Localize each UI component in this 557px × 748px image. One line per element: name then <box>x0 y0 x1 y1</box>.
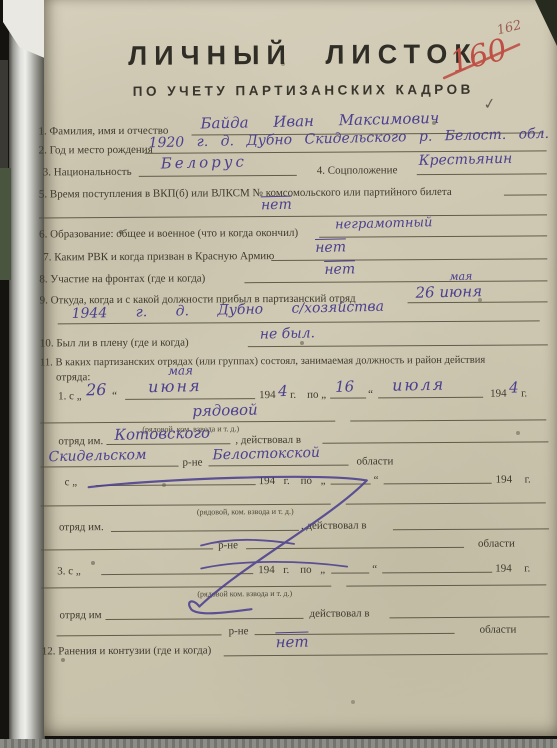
row3-year-printed: 194 <box>258 564 275 576</box>
blank-line <box>382 572 492 574</box>
blank-line <box>96 484 256 486</box>
field-12-label: 12. Ранения и контузии (где и когда) <box>42 644 212 657</box>
blank-line <box>57 634 222 636</box>
row1-year-hw-digit: 4 <box>278 382 288 400</box>
field-3-label: 3. Национальность <box>43 166 132 179</box>
row1-month-correction: мая <box>168 363 193 378</box>
row2-rne-label: р-не <box>218 539 238 551</box>
form-title: ЛИЧНЫЙ ЛИСТОК <box>103 39 503 72</box>
row1-position: рядовой <box>192 401 258 421</box>
row3-rne-label: р-не <box>229 625 249 637</box>
blank-line <box>125 398 255 400</box>
row3-otryad-label: отряд им <box>59 609 101 621</box>
blank-line <box>105 618 303 620</box>
row1-from-prefix: 1. с „ <box>58 390 82 402</box>
row1-year-printed: 194 <box>259 389 276 401</box>
row1-quote: “ <box>112 390 117 402</box>
blank-line <box>41 466 179 468</box>
blank-line <box>346 584 546 586</box>
blank-line <box>504 194 547 195</box>
blank-line <box>271 258 547 261</box>
field-3-value: Белорус <box>161 152 248 172</box>
row1-otryad-name: Котовского <box>114 424 210 444</box>
row3-g: г. <box>283 564 289 576</box>
blank-line <box>209 465 349 467</box>
field-9-month-correction: мая <box>449 270 472 284</box>
field-8-value: нет <box>324 261 355 278</box>
blank-line <box>330 397 366 398</box>
row1-rne-label: р-не <box>183 456 203 468</box>
row2-po: по <box>301 475 312 487</box>
pencil-checkmark: ✓ <box>482 94 497 114</box>
field-10-value: не был. <box>260 325 316 342</box>
blank-line <box>101 573 253 575</box>
blank-line <box>41 548 213 550</box>
field-12-value: нет <box>275 633 308 652</box>
blank-line <box>111 530 299 532</box>
form-subtitle: ПО УЧЕТУ ПАРТИЗАНСКИХ КАДРОВ <box>103 82 503 99</box>
field-9-value-line1: 26 июня <box>415 282 482 302</box>
blank-line <box>39 214 547 218</box>
row1-acted-label: , действовал в <box>235 434 301 446</box>
row2-g: г. <box>284 475 290 487</box>
field-4-label: 4. Соцположение <box>317 164 398 176</box>
blank-line <box>346 502 546 504</box>
row2-year-printed: 194 <box>259 475 276 487</box>
row3-quote-open: „ <box>320 564 325 576</box>
field-8-label: 8. Участие на фронтах (где и когда) <box>39 272 205 285</box>
row2-year2-printed: 194 <box>496 474 513 486</box>
scanned-archival-form: { "page": { "corner_number": "162", "cro… <box>0 0 557 748</box>
blank-line <box>246 547 464 549</box>
row1-year2-hw-digit: 4 <box>509 378 519 396</box>
row1-oblast: Белостокской <box>212 445 320 464</box>
row3-position-hint: (рядовой ком. взвода и т. д.) <box>197 589 292 599</box>
blank-line <box>58 320 540 324</box>
blank-line <box>393 528 549 530</box>
row3-oblast-label: области <box>480 624 517 636</box>
row3-from-prefix: 3. с „ <box>57 565 81 577</box>
row3-quote-close: “ <box>372 563 377 575</box>
field-2-label: 2. Год и место рождения <box>39 144 153 157</box>
row1-quote2: “ <box>368 388 373 400</box>
crossout-bottom-hook <box>189 601 251 613</box>
blank-line <box>378 397 483 399</box>
flourish-district-2 <box>201 540 294 546</box>
row2-g2: г. <box>525 473 531 485</box>
row1-g: г. <box>290 389 296 401</box>
row2-quote-close: “ <box>374 474 379 486</box>
row1-month-to: июля <box>392 375 446 395</box>
blank-line <box>417 173 547 175</box>
row3-g2: г. <box>524 562 530 574</box>
row2-quote-open: „ <box>321 475 326 487</box>
row3-year2-printed: 194 <box>495 563 512 575</box>
blank-line <box>40 421 335 424</box>
row1-month-from: июня <box>148 376 202 396</box>
field-4-value: Крестьянин <box>419 151 513 169</box>
row2-from-prefix: с „ <box>65 476 78 488</box>
blank-line <box>322 441 548 443</box>
row1-day-to: 16 <box>335 377 355 395</box>
row2-position-hint: (рядовой, ком. взвода и т. д.) <box>197 507 294 517</box>
row2-otryad-label: отряд им. <box>59 521 104 533</box>
field-10-label: 10. Был ли в плену (где и когда) <box>40 337 189 350</box>
blank-line <box>244 280 547 283</box>
field-11-label: 11. В каких партизанских отрядах (или гр… <box>40 355 485 369</box>
row1-district: Скидельском <box>48 447 146 465</box>
field-6-label: 6. Образование: общее и военное (что и к… <box>39 227 298 241</box>
blank-line <box>389 616 549 618</box>
blank-line <box>350 419 546 421</box>
form-content: 162 ЛИЧНЫЙ ЛИСТОК 160 ПО УЧЕТУ ПАРТИЗАНС… <box>0 0 557 748</box>
blank-line <box>331 572 369 573</box>
blank-line <box>408 301 548 303</box>
field-7-label: 7. Каким РВК и когда призван в Красную А… <box>43 250 274 263</box>
blank-line <box>319 235 547 237</box>
blank-line <box>331 483 371 484</box>
row3-po: по <box>300 564 311 576</box>
row1-year2-printed: 194 <box>490 388 507 400</box>
row1-oblast-label: области <box>356 455 393 467</box>
field-7-value: нет <box>315 239 346 256</box>
row2-acted-label: , действовал в <box>301 519 367 531</box>
row1-otryad-label: отряд им. <box>58 435 103 447</box>
row1-g2: г. <box>521 387 527 399</box>
row2-oblast-label: области <box>478 538 515 550</box>
field-5-label: 5. Время поступления в ВКП(б) или ВЛКСМ … <box>39 186 452 201</box>
scan-bottom-edge <box>0 739 557 748</box>
blank-line <box>139 175 297 177</box>
blank-line <box>248 344 548 347</box>
row1-day-from: 26 <box>86 380 107 399</box>
field-6-value: неграмотный <box>335 215 433 232</box>
row1-po: по „ <box>307 389 326 401</box>
row3-acted-label: действовал в <box>309 607 369 619</box>
blank-line <box>224 653 548 656</box>
field-5-value: нет <box>261 197 292 214</box>
blank-line <box>384 483 492 485</box>
